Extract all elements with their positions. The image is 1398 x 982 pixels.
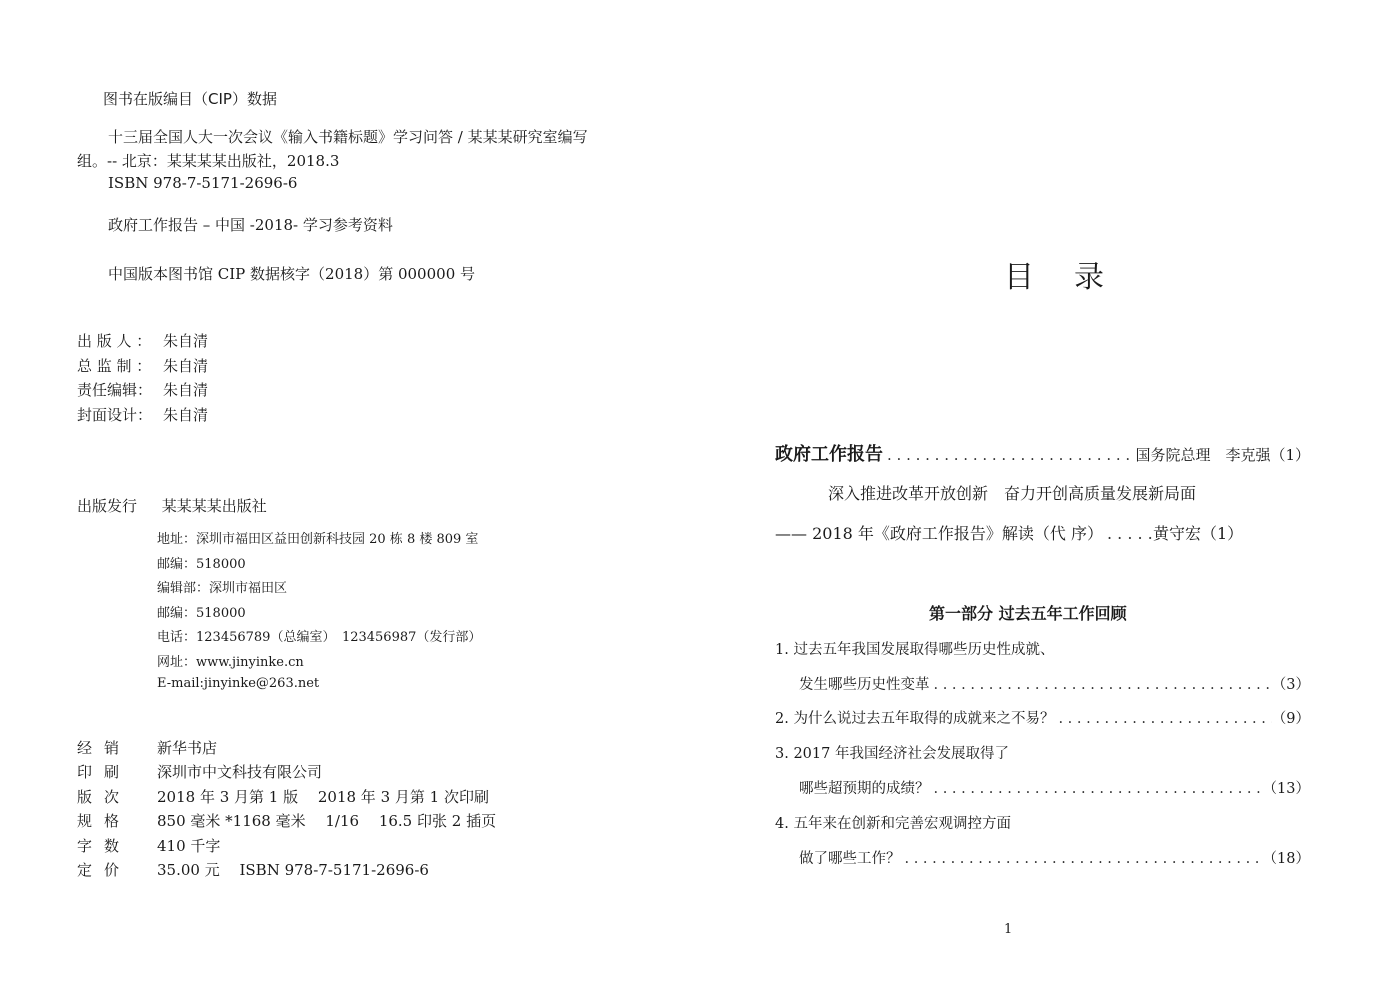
credit-label: 总 监 制 ： [77,355,163,379]
toc-leader-dots [883,446,1135,464]
toc-entry-page: （3） [1272,673,1310,694]
publisher-phone: 电话：123456789（总编室） 123456987（发行部） [157,626,481,645]
toc-leader-dots [1054,711,1271,727]
spec-label: 价 [104,859,157,880]
toc-title: 目录 [1004,252,1104,296]
publisher-postcode: 邮编：518000 [157,553,246,572]
toc-entry-page: （1） [1201,521,1243,544]
publisher-label: 出版发行 [77,495,157,516]
credit-value: 朱自清 [163,379,208,403]
spec-value: 410 千字 [157,835,220,856]
toc-entry-page: （18） [1263,847,1310,868]
spec-value: 35.00 元 ISBN 978-7-5171-2696-6 [157,859,429,880]
spec-label: 版 [77,786,104,807]
toc-entry-title: —— 2018 年《政府工作报告》解读（代 序） [775,521,1103,544]
toc-entry-title: 2. 为什么说过去五年取得的成就来之不易？ [775,707,1054,728]
toc-leader-dots [930,781,1263,797]
toc-entry[interactable]: 哪些超预期的成绩？ （13） [799,777,1310,798]
toc-item-line[interactable]: 3. 2017 年我国经济社会发展取得了 [775,742,1009,763]
spec-row: 定 价 35.00 元 ISBN 978-7-5171-2696-6 [77,859,429,880]
spec-value: 新华书店 [157,737,217,758]
toc-leader-dots [1103,524,1153,543]
part-heading: 第一部分 过去五年工作回顾 [929,601,1127,624]
page-number: 1 [1004,922,1012,937]
cip-number: 中国版本图书馆 CIP 数据核字（2018）第 000000 号 [108,263,475,284]
spec-row: 字 数 410 千字 [77,835,220,856]
cip-isbn: ISBN 978-7-5171-2696-6 [108,174,297,192]
spec-label: 刷 [104,761,157,782]
toc-entry-page: （13） [1263,777,1310,798]
spec-value: 2018 年 3 月第 1 版 2018 年 3 月第 1 次印刷 [157,786,489,807]
cip-record-line: 组。-- 北京：某某某某出版社，2018.3 [77,150,339,171]
spec-label: 字 [77,835,104,856]
spec-label: 销 [104,737,157,758]
cip-title: 图书在版编目（CIP）数据 [103,88,277,109]
toc-entry-author: 黄守宏 [1153,521,1201,544]
publisher-name: 某某某某出版社 [162,497,267,515]
credit-row: 总 监 制 ： 朱自清 [77,355,208,379]
publisher-website[interactable]: 网址：www.jinyinke.cn [157,651,304,670]
toc-entry[interactable]: 发生哪些历史性变革 （3） [799,673,1310,694]
credit-label: 出 版 人 ： [77,330,163,354]
spec-row: 印 刷 深圳市中文科技有限公司 [77,761,322,782]
spec-label: 定 [77,859,104,880]
credit-value: 朱自清 [163,355,208,379]
toc-leader-dots [901,851,1263,867]
toc-leader-dots [930,677,1272,693]
toc-item-line[interactable]: 1. 过去五年我国发展取得哪些历史性成就、 [775,638,1054,659]
credit-row: 出 版 人 ： 朱自清 [77,330,208,354]
credit-label: 封面设计： [77,404,163,428]
toc-preface-title: 深入推进改革开放创新 奋力开创高质量发展新局面 [828,481,1196,504]
toc-entry-page: （1） [1270,444,1310,465]
toc-entry-page: （9） [1272,707,1310,728]
spec-label: 格 [104,810,157,831]
cip-subject: 政府工作报告 – 中国 -2018- 学习参考资料 [108,214,393,235]
toc-entry-title: 做了哪些工作？ [799,847,901,868]
credit-value: 朱自清 [163,330,208,354]
credit-row: 责任编辑： 朱自清 [77,379,208,403]
publisher-address: 地址：深圳市福田区益田创新科技园 20 栋 8 楼 809 室 [157,528,478,547]
publisher-email[interactable]: E-mail:jinyinke@263.net [157,676,319,691]
toc-entry-title: 政府工作报告 [775,440,883,466]
editorial-postcode: 邮编：518000 [157,602,246,621]
spec-value: 850 毫米 *1168 毫米 1/16 16.5 印张 2 插页 [157,810,496,831]
spec-row: 版 次 2018 年 3 月第 1 版 2018 年 3 月第 1 次印刷 [77,786,489,807]
toc-entry-author: 国务院总理 李克强 [1135,444,1270,465]
publisher-row: 出版发行 某某某某出版社 [77,495,267,516]
toc-title-char: 目 [1004,252,1034,296]
spec-label: 经 [77,737,104,758]
toc-entry-preface[interactable]: —— 2018 年《政府工作报告》解读（代 序） 黄守宏 （1） [775,521,1310,544]
spec-label: 次 [104,786,157,807]
toc-entry-report[interactable]: 政府工作报告 国务院总理 李克强 （1） [775,440,1310,466]
spec-value: 深圳市中文科技有限公司 [157,761,322,782]
toc-entry-title: 发生哪些历史性变革 [799,673,930,694]
toc-item-line[interactable]: 4. 五年来在创新和完善宏观调控方面 [775,812,1011,833]
editorial-address: 编辑部：深圳市福田区 [157,577,287,596]
toc-entry[interactable]: 2. 为什么说过去五年取得的成就来之不易？ （9） [775,707,1310,728]
credit-row: 封面设计： 朱自清 [77,404,208,428]
spec-label: 数 [104,835,157,856]
credit-label: 责任编辑： [77,379,163,403]
spec-row: 规 格 850 毫米 *1168 毫米 1/16 16.5 印张 2 插页 [77,810,496,831]
toc-entry-title: 哪些超预期的成绩？ [799,777,930,798]
toc-entry[interactable]: 做了哪些工作？ （18） [799,847,1310,868]
spec-row: 经 销 新华书店 [77,737,217,758]
spec-label: 规 [77,810,104,831]
toc-title-char: 录 [1074,252,1104,296]
credit-value: 朱自清 [163,404,208,428]
spec-label: 印 [77,761,104,782]
cip-record-line: 十三届全国人大一次会议《输入书籍标题》学习问答 / 某某某研究室编写 [108,126,588,147]
